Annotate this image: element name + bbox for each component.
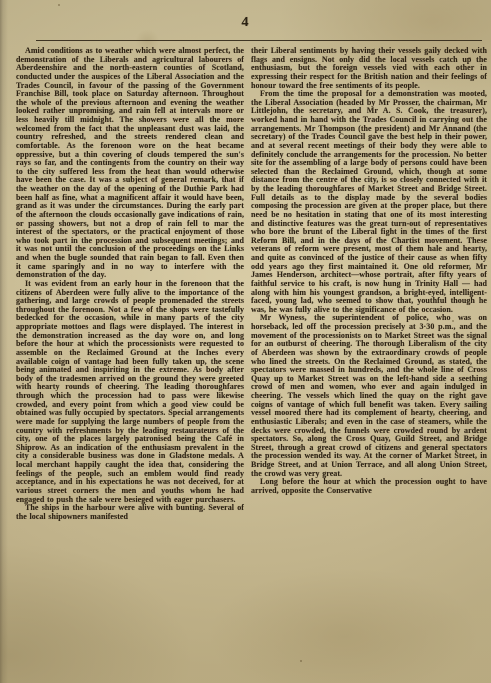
text-column-right: their Liberal sentiments by having their… — [251, 47, 487, 521]
article-body: Amid conditions as to weather which were… — [16, 47, 487, 521]
paragraph: Long before the hour at which the proces… — [251, 478, 487, 495]
paper-speck — [300, 660, 302, 662]
newspaper-page: 4 Amid conditions as to weather which we… — [0, 0, 491, 683]
paragraph: It was evident from an early hour in the… — [16, 280, 244, 504]
page-number: 4 — [0, 15, 491, 31]
paragraph: Mr Wyness, the superintendent of police,… — [251, 314, 487, 478]
paragraph: Amid conditions as to weather which were… — [16, 47, 244, 280]
paragraph: From the time the proposal for a demonst… — [251, 90, 487, 314]
paragraph: The ships in the harbour were alive with… — [16, 504, 244, 521]
text-column-left: Amid conditions as to weather which were… — [16, 47, 244, 521]
header-rule — [36, 40, 482, 41]
paragraph: their Liberal sentiments by having their… — [251, 47, 487, 90]
paper-speck — [58, 4, 60, 6]
